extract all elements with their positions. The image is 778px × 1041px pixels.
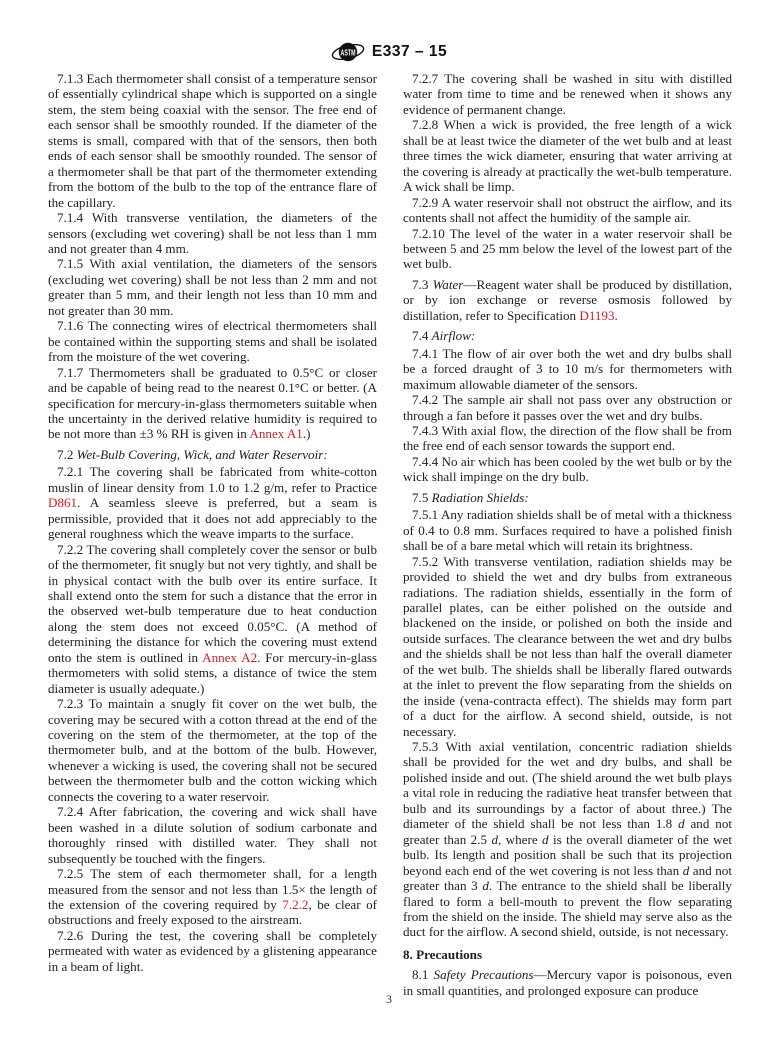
paragraph: 7.2.3 To maintain a snugly fit cover on …: [48, 696, 377, 804]
document-page: ASTM E337 – 15 7.1.3 Each thermometer sh…: [0, 0, 778, 1041]
text-run: 7.4: [412, 328, 432, 343]
text-run: 7.2.9 A water reservoir shall not obstru…: [403, 195, 732, 225]
paragraph: 7.1.6 The connecting wires of electrical…: [48, 318, 377, 364]
paragraph: 7.5.2 With transverse ventilation, radia…: [403, 554, 732, 739]
reference-link[interactable]: 7.2.2: [282, 897, 308, 912]
text-run: 7.1.3 Each thermometer shall consist of …: [48, 71, 377, 210]
text-run: 7.1.7 Thermometers shall be graduated to…: [48, 365, 377, 442]
paragraph: 7.2.2 The covering shall completely cove…: [48, 542, 377, 697]
text-run: 7.4.4 No air which has been cooled by th…: [403, 454, 732, 484]
page-footer: 3: [0, 992, 778, 1007]
section-heading: 8. Precautions: [403, 947, 732, 962]
paragraph: 7.1.3 Each thermometer shall consist of …: [48, 71, 377, 210]
paragraph: 7.1.4 With transverse ventilation, the d…: [48, 210, 377, 256]
paragraph: 7.2.1 The covering shall be fabricated f…: [48, 464, 377, 541]
paragraph: 7.2.4 After fabrication, the covering an…: [48, 804, 377, 866]
text-run: , where: [498, 832, 542, 847]
text-run: 7.2.3 To maintain a snugly fit cover on …: [48, 696, 377, 804]
subsection-heading: 7.4 Airflow:: [403, 328, 732, 343]
text-run: 7.2.8 When a wick is provided, the free …: [403, 117, 732, 194]
italic-text: Radiation Shields:: [432, 490, 529, 505]
subsection-heading: 7.5 Radiation Shields:: [403, 490, 732, 505]
paragraph: 7.4.1 The flow of air over both the wet …: [403, 346, 732, 392]
italic-text: Water: [433, 277, 464, 292]
text-run: 7.2.4 After fabrication, the covering an…: [48, 804, 377, 865]
paragraph: 7.2.9 A water reservoir shall not obstru…: [403, 195, 732, 226]
text-run: 7.2.10 The level of the water in a water…: [403, 226, 732, 272]
paragraph: 7.2.8 When a wick is provided, the free …: [403, 117, 732, 194]
paragraph: 7.2.6 During the test, the covering shal…: [48, 928, 377, 974]
reference-link[interactable]: D861: [48, 495, 77, 510]
text-run: 7.2.1 The covering shall be fabricated f…: [48, 464, 377, 494]
paragraph: 7.4.3 With axial flow, the direction of …: [403, 423, 732, 454]
right-column: 7.2.7 The covering shall be washed in si…: [403, 71, 732, 998]
page-number: 3: [386, 992, 392, 1006]
document-body: 7.1.3 Each thermometer shall consist of …: [48, 71, 732, 998]
text-run: 7.1.6 The connecting wires of electrical…: [48, 318, 377, 364]
paragraph: 7.1.5 With axial ventilation, the diamet…: [48, 256, 377, 318]
text-run: 7.5: [412, 490, 432, 505]
text-run: 7.1.4 With transverse ventilation, the d…: [48, 210, 377, 256]
text-run: 8.1: [412, 967, 434, 982]
paragraph: 7.3 Water—Reagent water shall be produce…: [403, 277, 732, 323]
paragraph: 7.2.5 The stem of each thermometer shall…: [48, 866, 377, 928]
text-run: . A seamless sleeve is preferred, but a …: [48, 495, 377, 541]
reference-link[interactable]: Annex A1: [249, 426, 302, 441]
text-run: 7.2.6 During the test, the covering shal…: [48, 928, 377, 974]
left-column: 7.1.3 Each thermometer shall consist of …: [48, 71, 377, 998]
paragraph: 7.5.1 Any radiation shields shall be of …: [403, 507, 732, 553]
text-run: 7.2.7 The covering shall be washed in si…: [403, 71, 732, 117]
text-run: .: [615, 308, 618, 323]
text-run: 7.2: [57, 447, 77, 462]
italic-text: Safety Precautions: [434, 967, 534, 982]
text-run: 7.4.3 With axial flow, the direction of …: [403, 423, 732, 453]
text-run: 8. Precautions: [403, 947, 482, 962]
astm-logo-icon: ASTM: [331, 40, 365, 64]
paragraph: 7.2.10 The level of the water in a water…: [403, 226, 732, 272]
reference-link[interactable]: Annex A2: [202, 650, 257, 665]
italic-text: Wet-Bulb Covering, Wick, and Water Reser…: [77, 447, 328, 462]
standard-designation: E337 – 15: [372, 43, 447, 61]
paragraph: 7.4.2 The sample air shall not pass over…: [403, 392, 732, 423]
text-run: 7.4.1 The flow of air over both the wet …: [403, 346, 732, 392]
svg-text:ASTM: ASTM: [340, 47, 355, 57]
text-run: 7.1.5 With axial ventilation, the diamet…: [48, 256, 377, 317]
reference-link[interactable]: D1193: [579, 308, 614, 323]
italic-text: Airflow:: [432, 328, 476, 343]
paragraph: 7.1.7 Thermometers shall be graduated to…: [48, 365, 377, 442]
text-run: 7.5.2 With transverse ventilation, radia…: [403, 554, 732, 739]
text-run: 7.5.1 Any radiation shields shall be of …: [403, 507, 732, 553]
paragraph: 7.5.3 With axial ventilation, concentric…: [403, 739, 732, 940]
paragraph: 7.4.4 No air which has been cooled by th…: [403, 454, 732, 485]
text-run: 7.3: [412, 277, 433, 292]
paragraph: 7.2.7 The covering shall be washed in si…: [403, 71, 732, 117]
text-run: 7.2.2 The covering shall completely cove…: [48, 542, 377, 665]
text-run: 7.4.2 The sample air shall not pass over…: [403, 392, 732, 422]
text-run: .): [303, 426, 311, 441]
page-header: ASTM E337 – 15: [0, 40, 778, 64]
subsection-heading: 7.2 Wet-Bulb Covering, Wick, and Water R…: [48, 447, 377, 462]
